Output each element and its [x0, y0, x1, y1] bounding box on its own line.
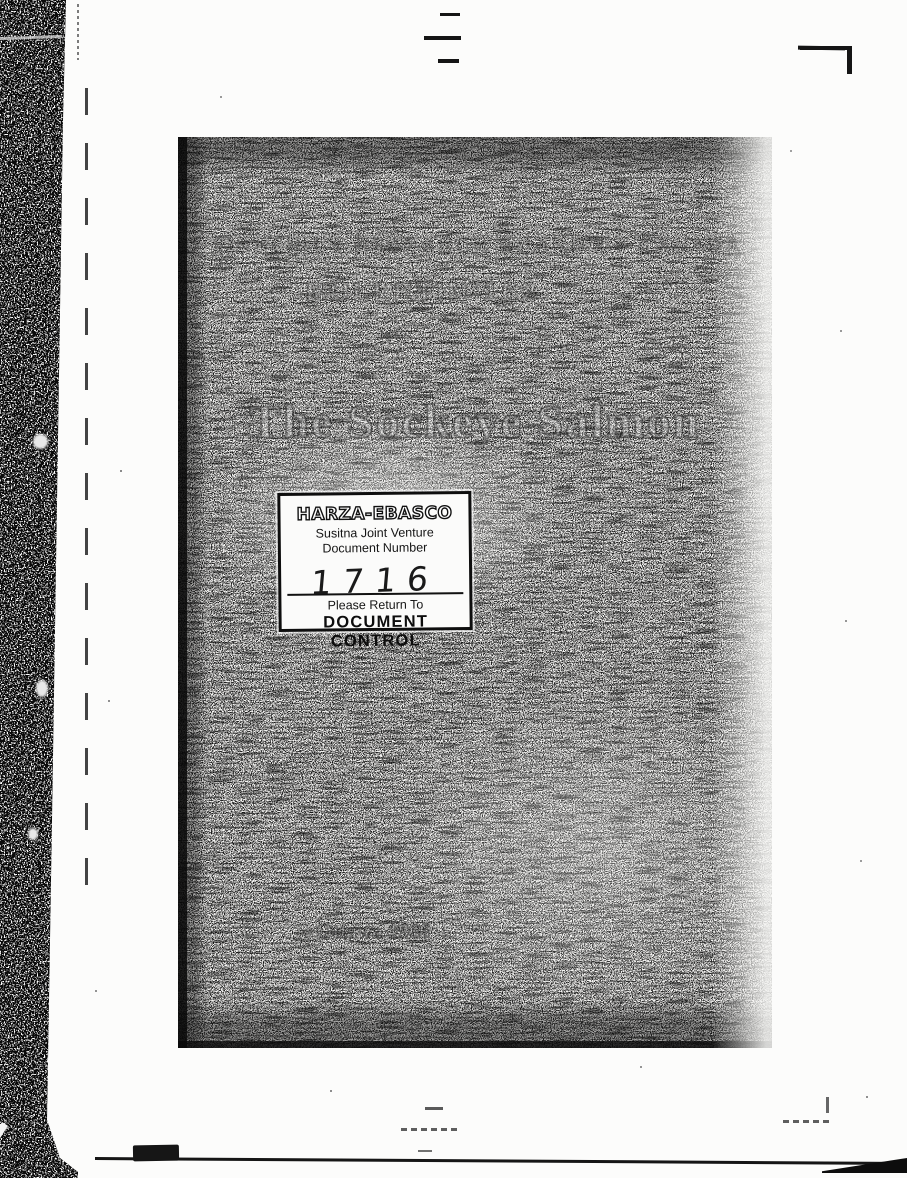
bottom-ink-blob — [133, 1145, 179, 1162]
margin-micro-marks — [77, 4, 79, 60]
spine-noise-texture — [0, 0, 80, 1178]
top-dash-mark — [438, 59, 459, 63]
right-tick-mark — [826, 1097, 829, 1113]
bottom-scan-edge-line — [95, 1157, 907, 1165]
bottom-dash-mark — [418, 1150, 432, 1152]
label-return-line2: DOCUMENT CONTROL — [282, 612, 470, 652]
label-venture: Susitna Joint Venture — [281, 525, 469, 541]
top-dash-mark — [424, 36, 461, 40]
label-org-name: HARZA-EBASCO — [280, 503, 468, 525]
cover-noise-texture — [178, 137, 772, 1048]
right-dashed-mark — [783, 1120, 833, 1123]
label-field-caption: Document Number — [281, 540, 469, 556]
book-cover-scan: FISHERIES RESEARCH BOARD OF CANADA BULLE… — [178, 137, 772, 1048]
document-control-label: HARZA-EBASCO Susitna Joint Venture Docum… — [277, 491, 472, 632]
spine-strip: 001716 — [0, 0, 80, 1178]
top-dash-mark — [440, 13, 460, 16]
bottom-dash-mark — [425, 1107, 443, 1110]
spine-white-blob — [36, 680, 48, 697]
top-right-corner-mark — [800, 46, 852, 74]
bottom-right-shadow-wedge — [822, 1158, 907, 1173]
paper-specks — [0, 0, 2, 2]
scanned-page: 001716 — [0, 0, 907, 1178]
label-document-number: 1716 — [279, 558, 470, 599]
bottom-dashed-mark — [401, 1128, 459, 1131]
spine-white-blob — [28, 828, 38, 840]
margin-dashed-line — [85, 88, 88, 906]
spine-white-blob — [33, 434, 48, 449]
